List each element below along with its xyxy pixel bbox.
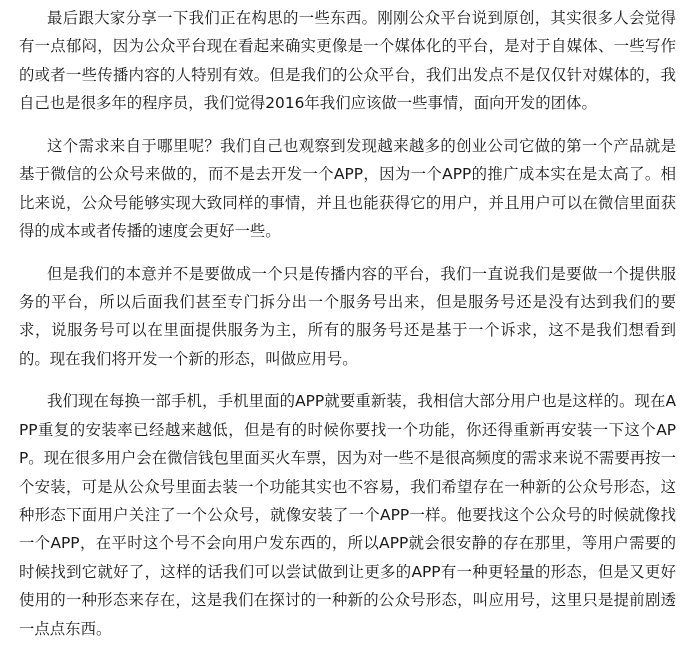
- paragraph-app-account-concept: 我们现在每换一部手机，手机里面的APP就要重新装，我相信大部分用户也是这样的。现…: [19, 387, 676, 643]
- article-body: 最后跟大家分享一下我们正在构思的一些东西。刚刚公众平台说到原创，其实很多人会觉得…: [0, 0, 694, 643]
- paragraph-demand-source: 这个需求来自于哪里呢？我们自己也观察到发现越来越多的创业公司它做的第一个产品就是…: [19, 132, 676, 246]
- paragraph-service-platform: 但是我们的本意并不是要做成一个只是传播内容的平台，我们一直说我们是要做一个提供服…: [19, 260, 676, 374]
- paragraph-origin-of-idea: 最后跟大家分享一下我们正在构思的一些东西。刚刚公众平台说到原创，其实很多人会觉得…: [19, 4, 676, 118]
